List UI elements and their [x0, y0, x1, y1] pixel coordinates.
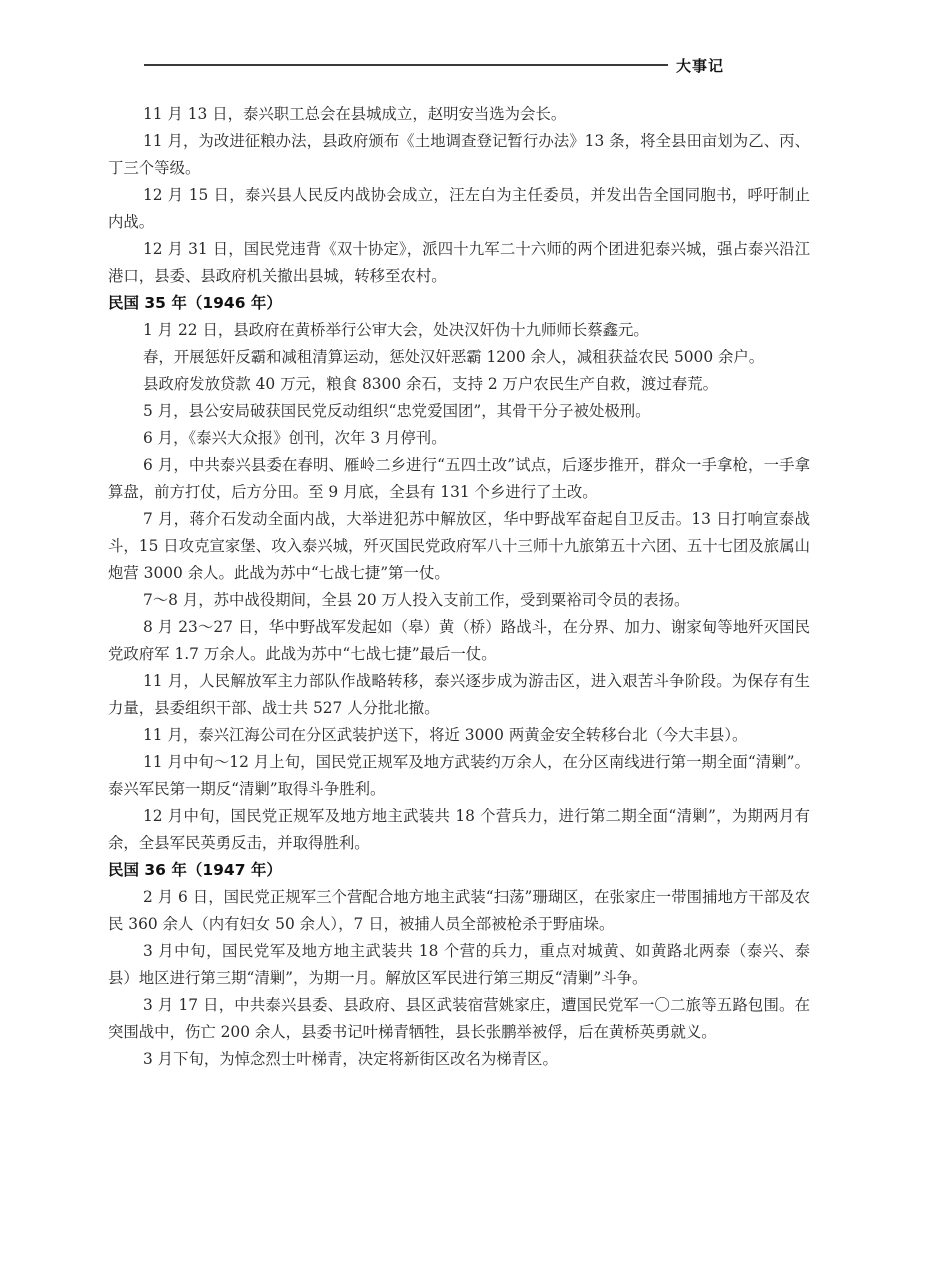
running-header: 大事记 [144, 52, 724, 78]
entry-paragraph: 12 月中旬，国民党正规军及地方地主武装共 18 个营兵力，进行第二期全面“清剿… [108, 803, 810, 857]
year-heading: 民国 36 年（1947 年） [108, 857, 810, 884]
entry-paragraph: 3 月下旬，为悼念烈士叶梯青，决定将新街区改名为梯青区。 [108, 1046, 810, 1073]
entry-paragraph: 6 月，中共泰兴县委在春明、雁岭二乡进行“五四土改”试点，后逐步推开，群众一手拿… [108, 452, 810, 506]
entry-paragraph: 县政府发放贷款 40 万元，粮食 8300 余石，支持 2 万户农民生产自救，渡… [108, 371, 810, 398]
entry-paragraph: 6 月，《泰兴大众报》创刊，次年 3 月停刊。 [108, 425, 810, 452]
entry-paragraph: 11 月，泰兴江海公司在分区武装护送下，将近 3000 两黄金安全转移台北（今大… [108, 722, 810, 749]
chronicle-body: 11 月 13 日，泰兴职工总会在县城成立，赵明安当选为会长。 11 月，为改进… [108, 101, 810, 1073]
section-title: 大事记 [676, 55, 724, 76]
header-rule [144, 64, 668, 66]
entry-paragraph: 11 月，人民解放军主力部队作战略转移，泰兴逐步成为游击区，进入艰苦斗争阶段。为… [108, 668, 810, 722]
year-heading: 民国 35 年（1946 年） [108, 290, 810, 317]
entry-paragraph: 春，开展惩奸反霸和减租清算运动，惩处汉奸恶霸 1200 余人，减租获益农民 50… [108, 344, 810, 371]
entry-paragraph: 3 月中旬，国民党军及地方地主武装共 18 个营的兵力，重点对城黄、如黄路北两泰… [108, 938, 810, 992]
entry-paragraph: 5 月，县公安局破获国民党反动组织“忠党爱国团”，其骨干分子被处极刑。 [108, 398, 810, 425]
entry-paragraph: 12 月 15 日，泰兴县人民反内战协会成立，汪左白为主任委员，并发出告全国同胞… [108, 182, 810, 236]
entry-paragraph: 11 月 13 日，泰兴职工总会在县城成立，赵明安当选为会长。 [108, 101, 810, 128]
entry-paragraph: 11 月中旬～12 月上旬，国民党正规军及地方武装约万余人，在分区南线进行第一期… [108, 749, 810, 803]
entry-paragraph: 7～8 月，苏中战役期间，全县 20 万人投入支前工作，受到粟裕司令员的表扬。 [108, 587, 810, 614]
entry-paragraph: 1 月 22 日，县政府在黄桥举行公审大会，处决汉奸伪十九师师长蔡鑫元。 [108, 317, 810, 344]
entry-paragraph: 7 月，蒋介石发动全面内战，大举进犯苏中解放区，华中野战军奋起自卫反击。13 日… [108, 506, 810, 587]
entry-paragraph: 2 月 6 日，国民党正规军三个营配合地方地主武装“扫荡”珊瑚区，在张家庄一带围… [108, 884, 810, 938]
entry-paragraph: 11 月，为改进征粮办法，县政府颁布《土地调查登记暂行办法》13 条，将全县田亩… [108, 128, 810, 182]
entry-paragraph: 8 月 23～27 日，华中野战军发起如（皋）黄（桥）路战斗，在分界、加力、谢家… [108, 614, 810, 668]
entry-paragraph: 3 月 17 日，中共泰兴县委、县政府、县区武装宿营姚家庄，遭国民党军一〇二旅等… [108, 992, 810, 1046]
entry-paragraph: 12 月 31 日，国民党违背《双十协定》，派四十九军二十六师的两个团进犯泰兴城… [108, 236, 810, 290]
